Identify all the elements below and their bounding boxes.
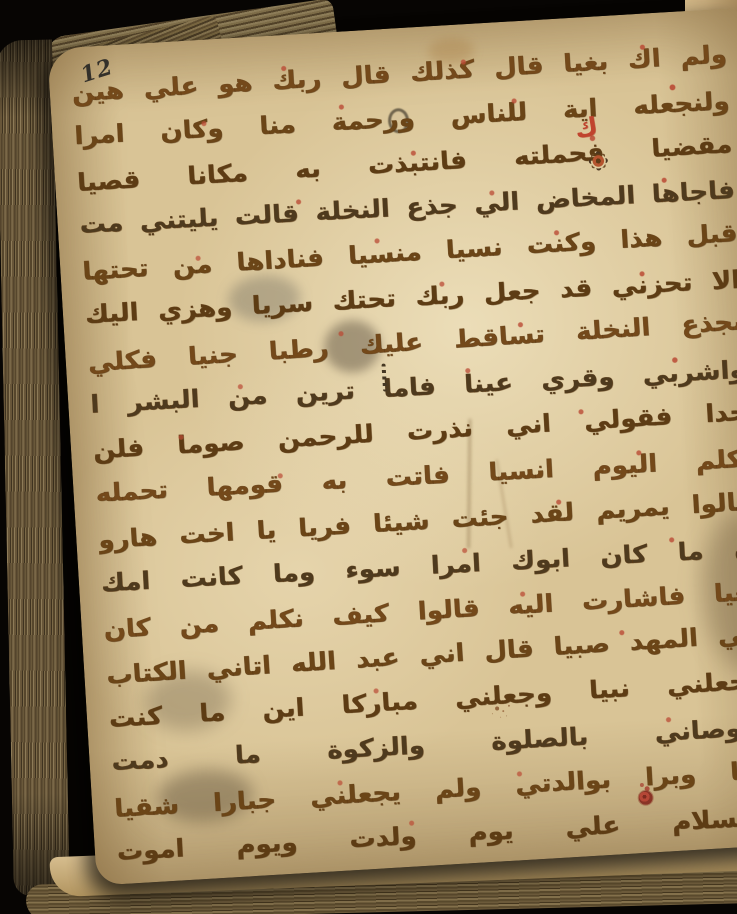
manuscript-photograph: ولم اك بغيا قال كذلك قال ربك هو علي هينو… <box>0 0 737 914</box>
manuscript-page: ولم اك بغيا قال كذلك قال ربك هو علي هينو… <box>47 8 737 886</box>
kufic-text-block: ولم اك بغيا قال كذلك قال ربك هو علي هينو… <box>71 33 737 884</box>
red-correction-letter: ك <box>572 111 599 143</box>
